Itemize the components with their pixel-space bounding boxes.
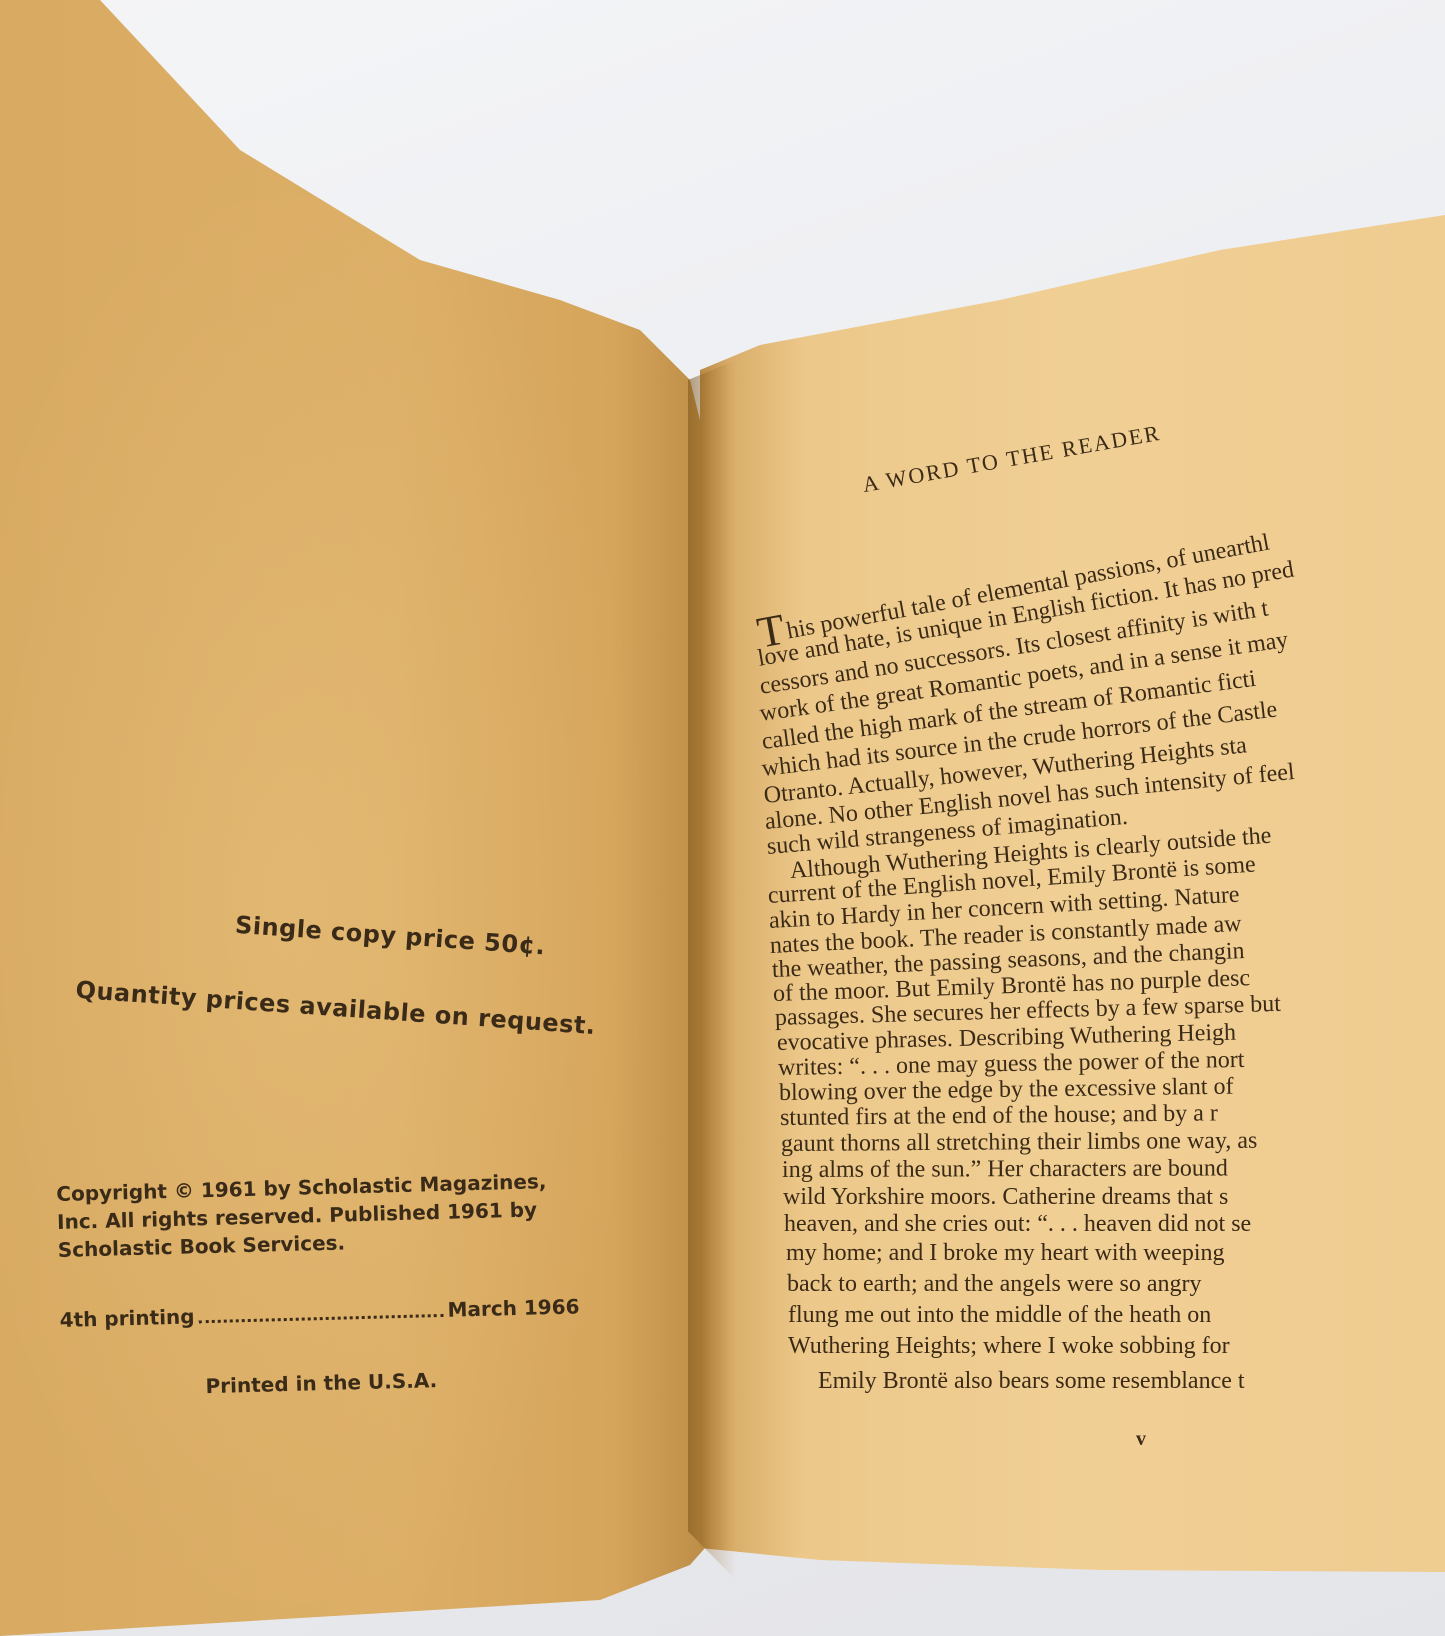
body-line-text: ing alms of the sun.” Her characters are… xyxy=(782,1155,1228,1183)
body-line-text: flung me out into the middle of the heat… xyxy=(788,1302,1211,1328)
body-line: back to earth; and the angels were so an… xyxy=(787,1271,1202,1298)
printing-label: 4th printing xyxy=(59,1302,195,1334)
body-line: Wuthering Heights; where I woke sobbing … xyxy=(788,1333,1230,1360)
body-line-text: heaven, and she cries out: “. . . heaven… xyxy=(784,1211,1251,1237)
copyright-notice: Copyright © 1961 by Scholastic Magazines… xyxy=(56,1166,582,1404)
body-line: ing alms of the sun.” Her characters are… xyxy=(782,1155,1228,1184)
body-line-text: Emily Brontë also bears some resemblance… xyxy=(818,1368,1245,1394)
body-line-text: Wuthering Heights; where I woke sobbing … xyxy=(788,1333,1230,1359)
page-number: v xyxy=(1136,1428,1146,1451)
body-line: stunted firs at the end of the house; an… xyxy=(780,1100,1218,1132)
body-line: Emily Brontë also bears some resemblance… xyxy=(818,1368,1245,1395)
body-line-text: wild Yorkshire moors. Catherine dreams t… xyxy=(783,1184,1228,1210)
printing-info: 4th printing March 1966 xyxy=(59,1292,580,1334)
body-line: gaunt thorns all stretching their limbs … xyxy=(781,1128,1258,1158)
body-line-text: stunted firs at the end of the house; an… xyxy=(780,1100,1218,1131)
body-line: my home; and I broke my heart with weepi… xyxy=(786,1240,1225,1267)
body-line: heaven, and she cries out: “. . . heaven… xyxy=(784,1211,1251,1238)
dot-leader xyxy=(199,1314,444,1323)
printing-date: March 1966 xyxy=(447,1292,580,1323)
book-gutter xyxy=(688,360,736,1580)
body-line: wild Yorkshire moors. Catherine dreams t… xyxy=(783,1184,1228,1211)
body-line-text: back to earth; and the angels were so an… xyxy=(787,1271,1202,1297)
body-line: flung me out into the middle of the heat… xyxy=(788,1302,1211,1329)
body-line-text: gaunt thorns all stretching their limbs … xyxy=(781,1128,1258,1157)
body-line-text: my home; and I broke my heart with weepi… xyxy=(786,1240,1225,1266)
